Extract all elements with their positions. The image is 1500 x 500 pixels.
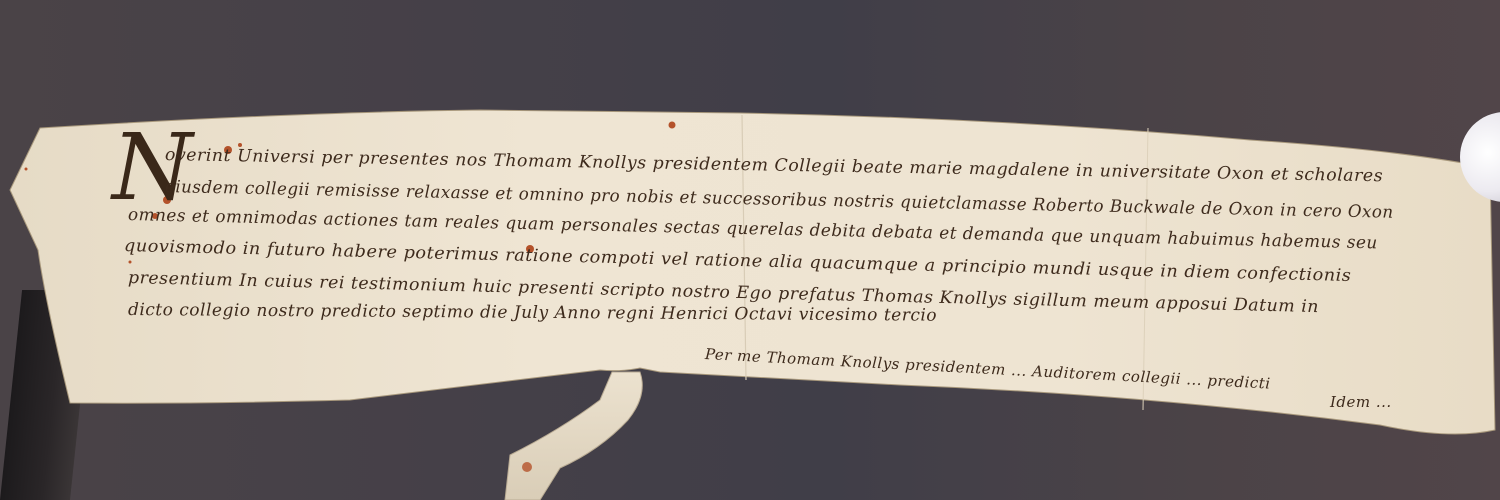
subscription-line-2: Idem ...	[1330, 393, 1392, 411]
decorated-initial: N	[112, 122, 193, 214]
subscription-line-1: Per me Thomam Knollys presidentem ... Au…	[705, 345, 1272, 393]
manuscript-text: N overint Universi per presentes nos Tho…	[0, 0, 1500, 500]
text-line-6: dicto collegio nostro predicto septimo d…	[128, 300, 937, 326]
